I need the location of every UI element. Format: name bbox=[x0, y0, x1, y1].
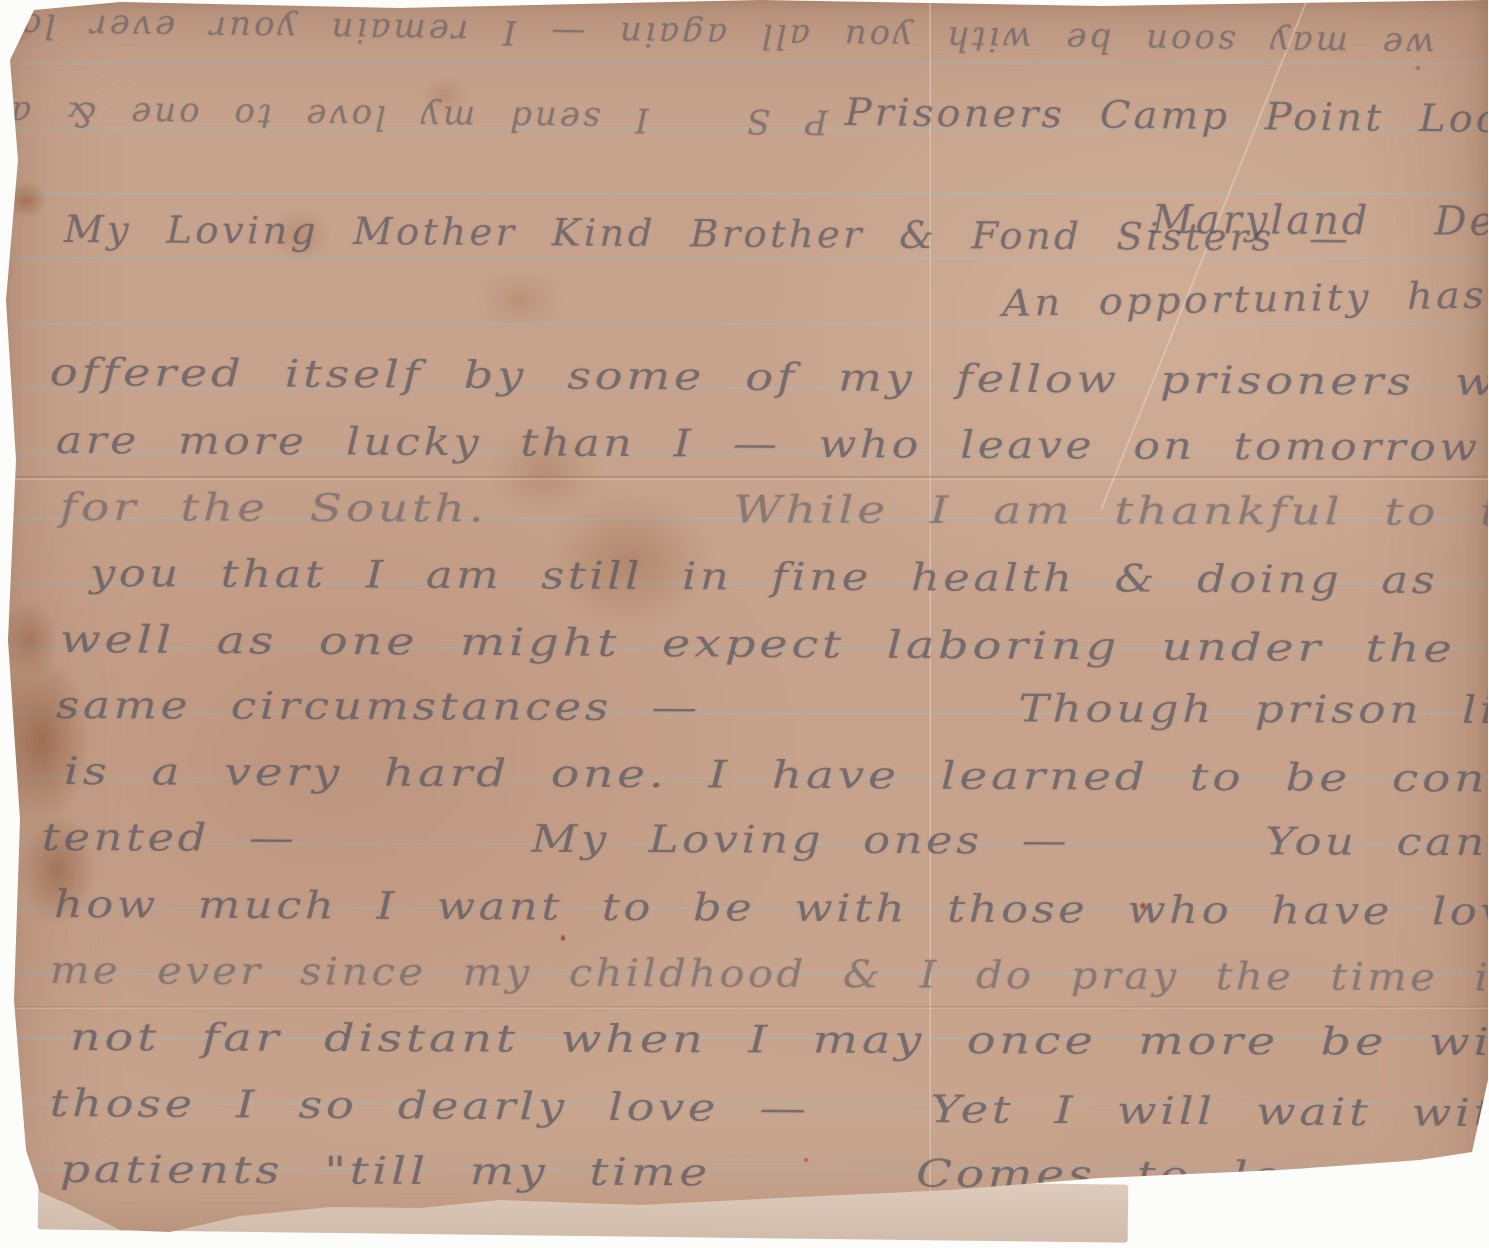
letter-paper: we may soon be with you all again — I re… bbox=[0, 0, 1489, 1248]
letter-line: patients "till my time Comes to leave my bbox=[60, 1149, 1489, 1198]
letter-line: same circumstances — Though prison life bbox=[56, 685, 1489, 732]
letter-salutation: My Loving Mother Kind Brother & Fond Sis… bbox=[64, 210, 1351, 260]
letter-line: An opportunity has bbox=[1002, 276, 1487, 325]
letter-heading-location: Prisoners Camp Point Lookout bbox=[845, 92, 1489, 142]
inverted-overflow-line: we may soon be with you all again — I re… bbox=[55, 6, 1435, 63]
letter-line: well as one might expect laboring under … bbox=[60, 619, 1456, 671]
inverted-overflow-line: P S I send my love to one & all bbox=[28, 94, 828, 140]
fold-crease-horizontal-upper bbox=[0, 476, 1489, 480]
fold-crease-horizontal-lower bbox=[0, 1006, 1489, 1009]
letter-heading-date: Dec 21st 1863 bbox=[1434, 199, 1489, 247]
letter-line: me ever since my childhood & I do pray t… bbox=[50, 950, 1489, 999]
scan-background: we may soon be with you all again — I re… bbox=[0, 0, 1489, 1248]
letter-line: how much I want to be with those who hav… bbox=[54, 884, 1489, 934]
letter-line: for the South. While I am thankful to te… bbox=[60, 487, 1489, 534]
letter-line: are more lucky than I — who leave on tom… bbox=[56, 420, 1481, 469]
letter-line: is a very hard one. I have learned to be… bbox=[64, 751, 1489, 800]
letter-line: offered itself by some of my fellow pris… bbox=[50, 352, 1489, 404]
letter-line: not far distant when I may once more be … bbox=[70, 1017, 1489, 1064]
letter-line: those I so dearly love — Yet I will wait… bbox=[50, 1083, 1489, 1135]
letter-line: tented — My Loving ones — You cant imagi… bbox=[42, 817, 1489, 865]
letter-line: you that I am still in fine health & doi… bbox=[90, 553, 1439, 602]
